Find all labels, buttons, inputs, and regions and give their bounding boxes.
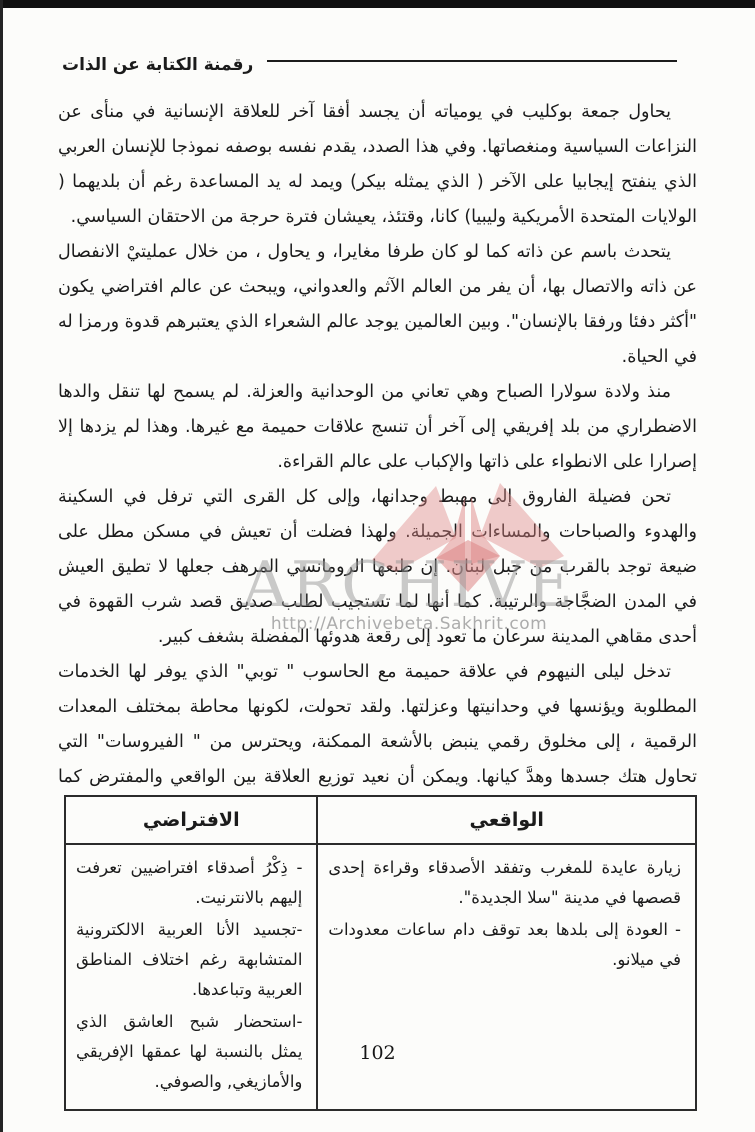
cell-virtual: - ذِكْرُ أصدقاء افتراضيين تعرفت إليهم با… [65, 844, 317, 1110]
header-rule [267, 60, 677, 62]
running-head: رقمنة الكتابة عن الذات [62, 50, 677, 80]
scanned-book-page: رقمنة الكتابة عن الذات يحاول جمعة بوكليب… [0, 0, 755, 1132]
paragraph: يحاول جمعة بوكليب في يومياته أن يجسد أفق… [58, 95, 697, 235]
body-text: يحاول جمعة بوكليب في يومياته أن يجسد أفق… [58, 95, 697, 793]
table-row: زيارة عايدة للمغرب وتفقد الأصدقاء وقراءة… [65, 844, 696, 1110]
paragraph: يتحدث باسم عن ذاته كما لو كان طرفا مغاير… [58, 235, 697, 375]
paragraph: منذ ولادة سولارا الصباح وهي تعاني من الو… [58, 375, 697, 480]
cell-real: زيارة عايدة للمغرب وتفقد الأصدقاء وقراءة… [317, 844, 696, 1110]
real-item: زيارة عايدة للمغرب وتفقد الأصدقاء وقراءة… [328, 853, 681, 913]
column-header-real: الواقعي [317, 796, 696, 844]
real-item: - العودة إلى بلدها بعد توقف دام ساعات مع… [328, 915, 681, 975]
chapter-title: رقمنة الكتابة عن الذات [62, 55, 253, 75]
paragraph: تدخل ليلى النيهوم في علاقة حميمة مع الحا… [58, 655, 697, 793]
scan-edge-left [0, 0, 3, 1132]
virtual-item: -تجسيد الأنا العربية الالكترونية المتشاب… [76, 915, 302, 1005]
page-number: 102 [0, 1042, 755, 1064]
scan-edge-top [0, 0, 755, 8]
paragraph: تحن فضيلة الفاروق إلى مهبط وجدانها، وإلى… [58, 480, 697, 655]
column-header-virtual: الافتراضي [65, 796, 317, 844]
virtual-item: - ذِكْرُ أصدقاء افتراضيين تعرفت إليهم با… [76, 853, 302, 913]
table-header-row: الواقعي الافتراضي [65, 796, 696, 844]
